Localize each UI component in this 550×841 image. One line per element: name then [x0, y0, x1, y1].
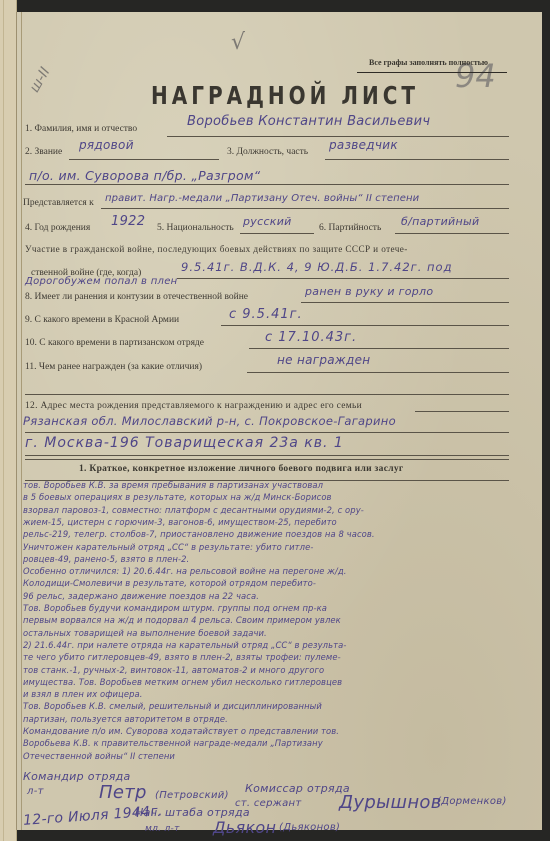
document-title: НАГРАДНОЙ ЛИСТ: [151, 80, 419, 110]
chief-of-staff-name: (Дьяконов): [279, 822, 340, 833]
narrative-line: те чего убито гитлеровцев-49, взято в пл…: [23, 652, 341, 662]
field-8-label: 8. Имеет ли ранения и контузии в отечест…: [25, 292, 248, 302]
narrative-line: Воробьева К.В. к правительственной награ…: [23, 738, 323, 748]
narrative-line: Тов. Воробьев К.В. смелый, решительный и…: [23, 701, 322, 711]
field-4-label: 4. Год рождения: [25, 223, 90, 233]
field-8-value: ранен в руку и горло: [305, 285, 433, 298]
present-label: Представляется к: [23, 198, 94, 208]
field-1-value: Воробьев Константин Васильевич: [187, 114, 430, 129]
instruction-note: Все графы заполнять полностью: [369, 58, 488, 67]
narrative-line: Тов. Воробьев будучи командиром штурм. г…: [23, 603, 327, 613]
field-12-label: 12. Адрес места рождения представляемого…: [25, 401, 362, 411]
commander-name: (Петровский): [155, 790, 229, 801]
narrative-line: 96 рельс, задержано движение поездов на …: [23, 591, 259, 601]
commissar-name: (Дорменков): [437, 796, 507, 807]
narrative-line: партизан, пользуется авторитетом в отряд…: [23, 714, 228, 724]
narrative-line: имущества. Тов. Воробьев метким огнем уб…: [23, 677, 342, 687]
field-6-label: 6. Партийность: [319, 223, 381, 233]
narrative-line: Уничтожен карательный отряд „СС“ в резул…: [23, 542, 313, 552]
field-1-label: 1. Фамилия, имя и отчество: [25, 124, 137, 134]
field-2-label: 2. Звание: [25, 147, 62, 157]
narrative-line: Колодищи-Смолевичи в результате, которой…: [23, 578, 316, 588]
narrative-line: взорвал паровоз-1, совместно: платформ с…: [23, 505, 364, 515]
narrative-line: ровцев-49, ранено-5, взято в плен-2.: [23, 554, 189, 564]
chief-of-staff-signature: Дьякон: [213, 818, 276, 837]
page-fold: [21, 12, 22, 830]
check-mark: √: [231, 30, 245, 55]
present-value: правит. Нагр.-медали „Партизану Отеч. во…: [105, 193, 419, 204]
field-7-label-a: Участие в гражданской войне, последующих…: [25, 244, 408, 254]
narrative-line: Командование п/о им. Суворова ходатайств…: [23, 726, 339, 736]
field-11-value: не награжден: [277, 353, 370, 367]
pencil-mark-left: ш-II: [27, 65, 54, 96]
field-6-value: б/партийный: [401, 215, 479, 228]
commander-signature: Петр: [99, 782, 147, 803]
commissar-signature: Дурышнов: [339, 792, 442, 813]
field-9-value: с 9.5.41г.: [229, 307, 303, 322]
narrative-line: и взял в плен их офицера.: [23, 689, 143, 699]
section-heading: 1. Краткое, конкретное изложение личного…: [79, 464, 404, 474]
field-12-value-1: Рязанская обл. Милославский р-н, с. Покр…: [23, 414, 396, 428]
field-5-label: 5. Национальность: [157, 223, 234, 233]
narrative-line: остальных товарищей на выполнение боевой…: [23, 628, 267, 638]
field-9-label: 9. С какого времени в Красной Армии: [25, 315, 179, 325]
book-binding: [0, 0, 17, 841]
narrative-line: первым ворвался на ж/д и подорвал 4 рель…: [23, 615, 341, 625]
narrative-line: тов станк.-1, ручных-2, винтовок-11, авт…: [23, 665, 324, 675]
field-7-value: 9.5.41г. В.Д.К. 4, 9 Ю.Д.Б. 1.7.42г. под: [181, 260, 453, 274]
field-10-value: с 17.10.43г.: [265, 330, 357, 345]
document-date: 12-го Июля 1944г.: [23, 803, 164, 829]
narrative-line: тов. Воробьев К.В. за время пребывания в…: [23, 480, 323, 490]
field-3-value-cont: п/о. им. Суворова п/бр. „Разгром“: [29, 168, 260, 183]
narrative-line: 2) 21.6.44г. при налете отряда на карате…: [23, 640, 346, 650]
field-10-label: 10. С какого времени в партизанском отря…: [25, 338, 204, 348]
field-7-value-cont: Дорогобужем попал в плен: [25, 276, 178, 287]
narrative-line: Отечественной войны“ II степени: [23, 751, 175, 761]
award-sheet-page: √ ш-II 94 Все графы заполнять полностью …: [16, 12, 542, 830]
field-3-value: разведчик: [329, 138, 398, 152]
chief-of-staff-rank: мл. л-т: [145, 824, 180, 834]
field-4-value: 1922: [111, 214, 145, 229]
field-5-value: русский: [243, 215, 292, 228]
field-12-value-2: г. Москва-196 Товарищеская 23а кв. 1: [25, 435, 344, 451]
narrative-line: Особенно отличился: 1) 20.6.44г. на рель…: [23, 566, 347, 576]
field-3-label: 3. Должность, часть: [227, 147, 308, 157]
commander-rank: л-т: [27, 786, 44, 797]
field-11-label: 11. Чем ранее награжден (за какие отличи…: [25, 362, 202, 372]
field-2-value: рядовой: [79, 138, 134, 152]
narrative-line: жием-15, цистерн с горючим-3, вагонов-6,…: [23, 517, 337, 527]
narrative-line: рельс-219, телегр. столбов-7, приостанов…: [23, 529, 375, 539]
commissar-title: Комиссар отряда: [245, 782, 350, 795]
narrative-line: в 5 боевых операциях в результате, котор…: [23, 492, 332, 502]
